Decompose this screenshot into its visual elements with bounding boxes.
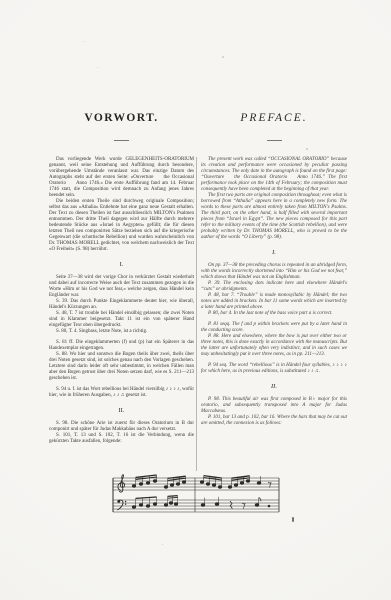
paper-speck bbox=[84, 41, 85, 42]
bass-notes bbox=[132, 496, 269, 509]
ink-speck bbox=[292, 517, 294, 522]
paragraph: Seite 37—38 wird der vorige Chor in verk… bbox=[49, 275, 194, 299]
paragraph: S. 101, T. 13 und S. 102, T. 16 ist die … bbox=[49, 433, 194, 445]
paragraph: Die beiden ersten Theile sind durchweg o… bbox=[49, 199, 194, 253]
paragraph: P. 80, bar 4. In the last note of the ba… bbox=[201, 311, 347, 317]
paragraph: S. 88. Wo hier und sonstwo die Bogen the… bbox=[49, 352, 194, 382]
vorwort-column: VORWORT. Das vorliegende Werk wurde GELE… bbox=[49, 108, 194, 445]
paragraph: P. 88. Here and elsewhere, where the bow… bbox=[201, 334, 347, 358]
bass-clef-icon bbox=[117, 500, 126, 510]
paragraph: P. 94 seq. The word “rebellious” is in H… bbox=[201, 363, 347, 375]
paragraph: P. 48, bar 7. “Trouble” is made monosyll… bbox=[201, 293, 347, 311]
paragraph: Das vorliegende Werk wurde GELEGENHEITS-… bbox=[49, 157, 194, 199]
paragraph: P. 81 seqq. The f and p within brackets … bbox=[201, 322, 347, 334]
paragraph: S. 48, T. 7 ist trouble bei Händel einsi… bbox=[49, 311, 194, 329]
treble-notes bbox=[132, 475, 271, 488]
section-heading: II. bbox=[201, 383, 347, 390]
paragraph: P. 98. This beautiful air was first comp… bbox=[201, 397, 347, 415]
section-heading: I. bbox=[49, 261, 194, 268]
paragraph: On pp. 37—38 the preceding chorus is rep… bbox=[201, 263, 347, 281]
paper-speck bbox=[222, 56, 224, 58]
treble-staff bbox=[113, 478, 279, 490]
paragraph: S. 80, T. 4. Singbass, letzte Note, ist … bbox=[49, 329, 194, 335]
section-heading: II. bbox=[49, 407, 194, 414]
paragraph: The first two parts are original composi… bbox=[201, 193, 347, 241]
paper-speck bbox=[97, 67, 98, 68]
column-divider-rule bbox=[196, 157, 197, 471]
section-heading: I. bbox=[201, 249, 347, 256]
preface-column: PREFACE. The present work was called “OC… bbox=[201, 108, 347, 427]
vorwort-title: VORWORT. bbox=[49, 112, 194, 125]
paper-speck bbox=[162, 544, 163, 545]
paragraph: The present work was called “OCCASIONAL … bbox=[201, 157, 347, 193]
title-divider bbox=[114, 140, 129, 141]
music-notation bbox=[109, 473, 285, 519]
paragraph: P. 101, bar 13 and p. 102, bar 16. Where… bbox=[201, 415, 347, 427]
scanned-page: VORWORT. Das vorliegende Werk wurde GELE… bbox=[0, 0, 391, 600]
preface-title: PREFACE. bbox=[201, 112, 347, 125]
paragraph: S. 94 u. f. ist das Wort rebellious bei … bbox=[49, 387, 194, 399]
paragraph: P. 39. The enclosing dots indicate here … bbox=[201, 281, 347, 293]
paragraph: S. 39. Das durch Punkte Eingeklammerte d… bbox=[49, 299, 194, 311]
paragraph: S. 81 ff. Die eingeklammerten (f) und (p… bbox=[49, 340, 194, 352]
title-divider bbox=[267, 140, 282, 141]
paragraph: S. 98. Die schöne Arie ist zuerst für di… bbox=[49, 421, 194, 433]
treble-clef-icon bbox=[118, 475, 125, 492]
paper-speck bbox=[306, 148, 308, 150]
music-example-figure bbox=[109, 473, 285, 519]
bass-staff bbox=[113, 500, 279, 512]
system-barlines bbox=[113, 478, 279, 512]
